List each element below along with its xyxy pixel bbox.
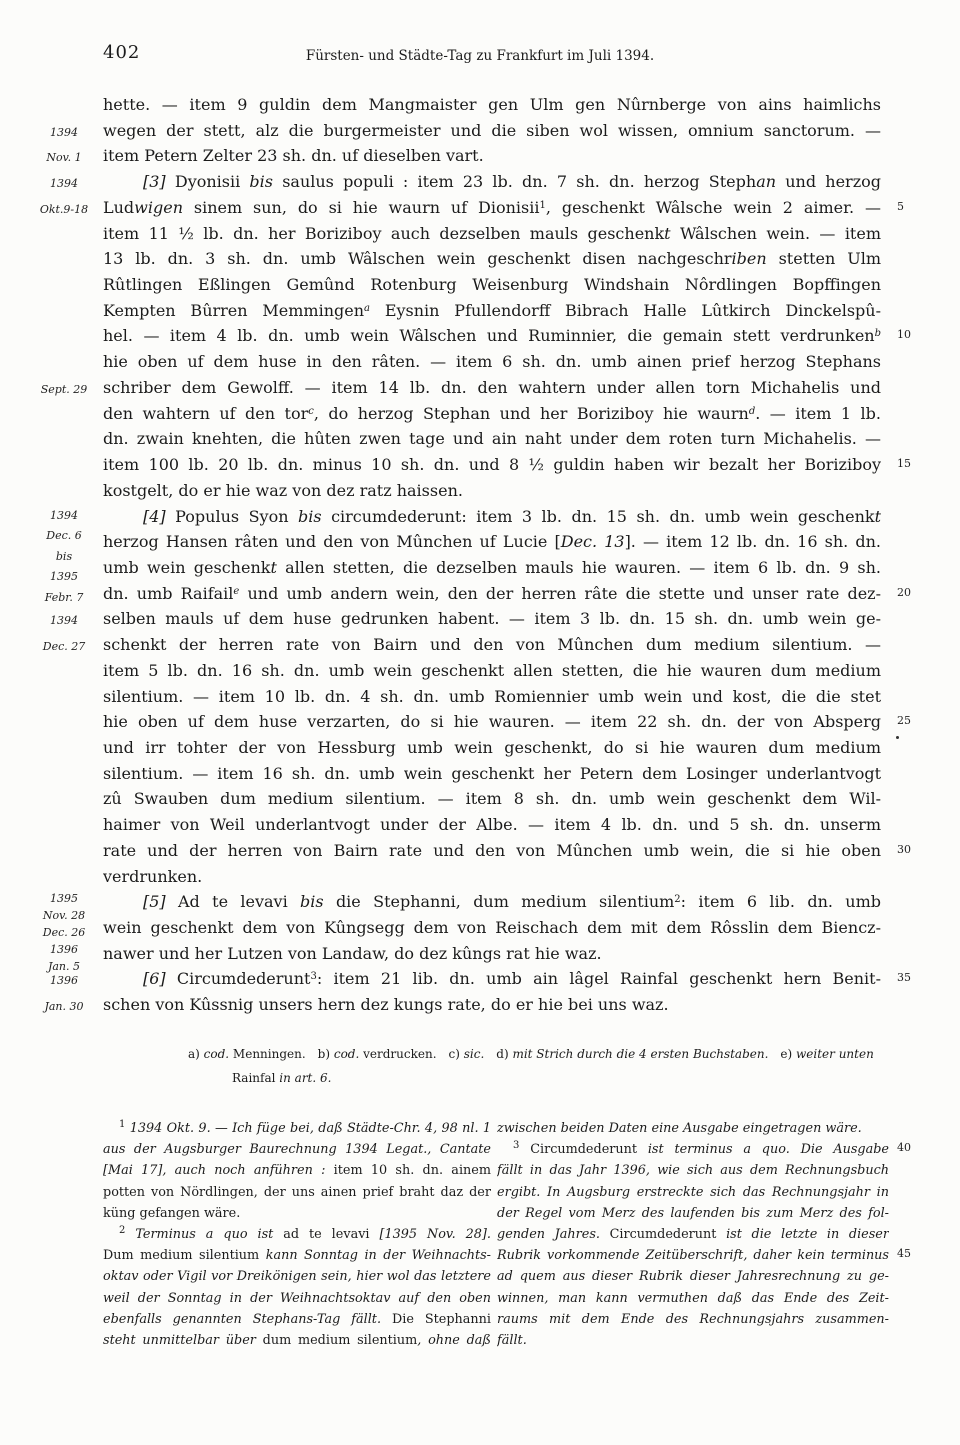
body-line-run: zû Swauben dum medium silentium. — item … — [103, 789, 881, 808]
body-line-run: rate und der herren von Bairn rate und d… — [103, 841, 881, 860]
body-line-run: iben — [732, 249, 767, 268]
body-line-run: Dec. 13 — [561, 532, 625, 551]
body-line-run: und umb andern wein, den der herren râte… — [239, 584, 881, 603]
body-line: hette. — item 9 guldin dem Mangmaister g… — [103, 92, 881, 118]
body-line-run: bis — [300, 892, 324, 911]
body-line: kostgelt, do er hie waz von dez ratz hai… — [103, 478, 881, 504]
apparatus-line-run: Rainfal — [232, 1071, 279, 1085]
margin-date-line: Okt.9-18 — [28, 197, 100, 223]
margin-date: 1394Okt.9-18 — [28, 171, 100, 222]
footnote-line: küng gefangen wäre. — [103, 1203, 491, 1224]
line-number: 15 — [897, 457, 927, 470]
body-line-run: : item 21 lib. dn. umb ain lâgel Rainfal… — [317, 969, 881, 988]
body-line: hel. — item 4 lb. dn. umb wein Wâlschen … — [103, 323, 881, 349]
footnote-column-right: zwischen beiden Daten eine Ausgabe einge… — [497, 1118, 889, 1351]
body-line-run: und irr tohter der von Hessburg umb wein… — [103, 738, 881, 757]
body-line: Kempten Bûrren Memmingena Eysnin Pfullen… — [103, 298, 881, 324]
margin-date-line: Nov. 28 — [28, 908, 100, 925]
margin-date-line: 1394 — [28, 120, 100, 146]
footnote-line-run: ebenfalls genannten Stephans-Tag fällt. — [103, 1312, 381, 1327]
margin-date-line: Sept. 29 — [28, 377, 100, 403]
apparatus-line-run: cod. — [334, 1047, 359, 1061]
body-line: 13 lb. dn. 3 sh. dn. umb Wâlschen wein g… — [103, 246, 881, 272]
body-line-run: Lud — [103, 198, 134, 217]
footnote-line-run: aus der Augsburger Baurechnung 1394 Lega… — [103, 1142, 491, 1157]
footnote-line-run: Rubrik vorkommende Zeitüberschrift, dahe… — [497, 1248, 889, 1263]
body-line: nawer und her Lutzen von Landaw, do dez … — [103, 941, 881, 967]
body-line-run: bis — [249, 172, 273, 191]
margin-date-line: 1396 — [28, 942, 100, 959]
footnote-line: fällt. — [497, 1330, 889, 1351]
body-line: rate und der herren von Bairn rate und d… — [103, 838, 881, 864]
body-line-run: Ad te levavi — [166, 892, 300, 911]
body-line-run: item Petern Zelter 23 sh. dn. uf dieselb… — [103, 146, 484, 165]
margin-date-line: 1394 — [28, 171, 100, 197]
body-line-run: umb wein geschenk — [103, 558, 270, 577]
body-line-run: . — item 1 lb. — [755, 404, 881, 423]
body-line: silentium. — item 16 sh. dn. umb wein ge… — [103, 761, 881, 787]
footnote-line-run: dum medium silentium — [263, 1333, 418, 1348]
line-number: 10 — [897, 328, 927, 341]
apparatus-line: a) cod. Menningen. b) cod. verdrucken. c… — [188, 1042, 888, 1066]
body-line-run: stetten Ulm — [767, 249, 881, 268]
body-line-run: ]. — item 12 lb. dn. 16 sh. dn. — [625, 532, 881, 551]
footnote-line: potten von Nördlingen, der uns ainen pri… — [103, 1182, 491, 1203]
footnote-line-run: , ohne daß — [417, 1333, 491, 1348]
body-line-run: hie oben uf dem huse verzarten, do si hi… — [103, 712, 881, 731]
footnote-line-run: ist die letzte in dieser — [716, 1227, 889, 1242]
body-line-run: [4] — [143, 507, 166, 526]
body-line-run: verdrunken. — [103, 867, 202, 886]
footnote-line-run: Circumdederunt — [519, 1142, 647, 1157]
ink-speck — [896, 736, 899, 739]
footnote-line: 3 Circumdederunt ist terminus a quo. Die… — [497, 1139, 889, 1160]
margin-date-line: 1395 — [28, 567, 100, 588]
body-line-run: hie oben uf dem huse in den râten. — ite… — [103, 352, 881, 371]
body-line: item 5 lb. dn. 16 sh. dn. umb wein gesch… — [103, 658, 881, 684]
body-line: [6] Circumdederunt3: item 21 lib. dn. um… — [103, 966, 881, 992]
footnote-line-run: steht unmittelbar über — [103, 1333, 263, 1348]
footnote-line: aus der Augsburger Baurechnung 1394 Lega… — [103, 1139, 491, 1160]
body-line: zû Swauben dum medium silentium. — item … — [103, 786, 881, 812]
footnote-line-run: 1394 Okt. 9. — Ich füge bei, daß Städte-… — [125, 1121, 491, 1136]
body-line-run: Dyonisii — [166, 172, 250, 191]
body-line-run: bis — [298, 507, 322, 526]
footnote-line: ergibt. In Augsburg erstreckte sich das … — [497, 1182, 889, 1203]
body-line-run: wein geschenkt dem von Kûngsegg dem von … — [103, 918, 881, 937]
footnote-line-run: fällt. — [497, 1333, 527, 1348]
body-line-run: schenkt der herren rate von Bairn und de… — [103, 635, 881, 654]
body-line-run: item 5 lb. dn. 16 sh. dn. umb wein gesch… — [103, 661, 881, 680]
margin-date: 1396Jan. 30 — [28, 968, 100, 1019]
body-line: [3] Dyonisii bis saulus populi : item 23… — [103, 169, 881, 195]
body-line-run: Rûtlingen Eßlingen Gemûnd Rotenburg Weis… — [103, 275, 881, 294]
apparatus-line-run: in art. 6. — [279, 1071, 331, 1085]
body-line-run: Populus Syon — [166, 507, 298, 526]
footnote-line-run: genden Jahres. — [497, 1227, 610, 1242]
apparatus-line-run: a) — [188, 1047, 204, 1061]
margin-date-line: Dec. 27 — [28, 634, 100, 660]
body-line-run: selben mauls uf dem huse gedrunken haben… — [103, 609, 881, 628]
margin-date-line: 1394 — [28, 506, 100, 527]
footnote-column-left: 1 1394 Okt. 9. — Ich füge bei, daß Städt… — [103, 1118, 491, 1351]
footnote-line: 2 Terminus a quo ist ad te levavi [1395 … — [103, 1224, 491, 1245]
footnote-line: fällt in das Jahr 1396, wie sich aus dem… — [497, 1160, 889, 1181]
line-number: 20 — [897, 586, 927, 599]
footnote-line: 1 1394 Okt. 9. — Ich füge bei, daß Städt… — [103, 1118, 491, 1139]
footnote-line-run: ergibt. In Augsburg erstreckte sich das … — [497, 1185, 889, 1200]
footnote-line: ad quem aus dieser Rubrik dieser Jahresr… — [497, 1266, 889, 1287]
body-line: schenkt der herren rate von Bairn und de… — [103, 632, 881, 658]
line-number: 35 — [897, 971, 927, 984]
body-line: [4] Populus Syon bis circumdederunt: ite… — [103, 504, 881, 530]
body-line-run: Circumdederunt — [166, 969, 311, 988]
body-line: item 100 lb. 20 lb. dn. minus 10 sh. dn.… — [103, 452, 881, 478]
body-line-run: Wâlschen wein. — item — [671, 224, 881, 243]
body-line: schriber dem Gewolff. — item 14 lb. dn. … — [103, 375, 881, 401]
footnote-line: winnen, man kann vermuthen daß das Ende … — [497, 1288, 889, 1309]
line-number: 25 — [897, 714, 927, 727]
footnote-line: steht unmittelbar über dum medium silent… — [103, 1330, 491, 1351]
margin-date: 1394Dec. 6bis1395Febr. 7 — [28, 506, 100, 609]
body-line-run: 13 lb. dn. 3 sh. dn. umb Wâlschen wein g… — [103, 249, 732, 268]
line-number: 40 — [897, 1141, 927, 1154]
footnote-line: oktav oder Vigil vor Dreikönigen sein, h… — [103, 1266, 491, 1287]
footnote-line-run: zwischen beiden Daten eine Ausgabe einge… — [497, 1121, 862, 1136]
body-line: hie oben uf dem huse in den râten. — ite… — [103, 349, 881, 375]
footnote-line-run: ad te levavi — [283, 1227, 369, 1242]
footnote-line: [Mai 17], auch noch anführen : item 10 s… — [103, 1160, 491, 1181]
body-line-run: [5] — [143, 892, 166, 911]
body-line: item 11 ½ lb. dn. her Boriziboy auch dez… — [103, 221, 881, 247]
apparatus-line-run: cod. — [204, 1047, 229, 1061]
body-line-run: kostgelt, do er hie waz von dez ratz hai… — [103, 481, 463, 500]
footnote-line: der Regel vom Merz des laufenden bis zum… — [497, 1203, 889, 1224]
footnote-line: zwischen beiden Daten eine Ausgabe einge… — [497, 1118, 889, 1139]
running-title: Fürsten- und Städte-Tag zu Frankfurt im … — [120, 48, 840, 64]
main-text-block: hette. — item 9 guldin dem Mangmaister g… — [103, 92, 881, 1018]
body-line-run: an — [756, 172, 776, 191]
margin-date-line: 1396 — [28, 968, 100, 994]
footnote-line: Dum medium silentium kann Sonntag in der… — [103, 1245, 491, 1266]
body-line: schen von Kûssnig unsers hern dez kungs … — [103, 992, 881, 1018]
footnote-line-run: Circumdederunt — [610, 1227, 717, 1242]
body-line: den wahtern uf den torc, do herzog Steph… — [103, 401, 881, 427]
margin-date-line: bis — [28, 547, 100, 568]
apparatus-line: Rainfal in art. 6. — [188, 1066, 888, 1090]
footnote-line-run: winnen, man kann vermuthen daß das Ende … — [497, 1291, 889, 1306]
body-line-run: schen von Kûssnig unsers hern dez kungs … — [103, 995, 669, 1014]
body-line-run: item 100 lb. 20 lb. dn. minus 10 sh. dn.… — [103, 455, 881, 474]
body-line-run: [6] — [143, 969, 166, 988]
body-line-run: t — [875, 507, 881, 526]
body-line-run: hel. — item 4 lb. dn. umb wein Wâlschen … — [103, 326, 875, 345]
footnote-line-run: [1395 Nov. 28]. — [370, 1227, 491, 1242]
body-line: verdrunken. — [103, 864, 881, 890]
footnote-line-run: küng gefangen wäre. — [103, 1206, 240, 1221]
body-line-run: den wahtern uf den tor — [103, 404, 308, 423]
body-line-run: item 11 ½ lb. dn. her Boriziboy auch dez… — [103, 224, 664, 243]
apparatus-line-run: mit Strich durch die 4 ersten Buchstaben… — [512, 1047, 768, 1061]
margin-date-line: Dec. 6 — [28, 526, 100, 547]
footnote-line-run: kann Sonntag in der Weihnachts- — [266, 1248, 491, 1263]
body-line-run: haimer von Weil underlantvogt under der … — [103, 815, 881, 834]
footnote-line: weil der Sonntag in der Weihnachtsoktav … — [103, 1288, 491, 1309]
body-line-run: und herzog — [776, 172, 881, 191]
body-line: wein geschenkt dem von Kûngsegg dem von … — [103, 915, 881, 941]
footnote-line-run: Die Stephanni — [381, 1312, 491, 1327]
body-line: dn. zwain knehten, die hûten zwen tage u… — [103, 426, 881, 452]
margin-date-line: Febr. 7 — [28, 588, 100, 609]
body-line-run: [3] — [143, 172, 166, 191]
body-line-run: , geschenkt Wâlsche wein 2 aimer. — — [546, 198, 881, 217]
footnote-line: raums mit dem Ende des Rechnungsjahrs zu… — [497, 1309, 889, 1330]
body-line: umb wein geschenkt allen stetten, die de… — [103, 555, 881, 581]
line-number: 30 — [897, 843, 927, 856]
body-line: wegen der stett, alz die burgermeister u… — [103, 118, 881, 144]
apparatus-line-run: verdrucken. c) — [359, 1047, 463, 1061]
line-number: 5 — [897, 200, 927, 213]
footnote-line-run: item 10 sh. dn. ainem — [325, 1163, 491, 1178]
apparatus-line-run: Menningen. b) — [229, 1047, 334, 1061]
footnote-line-run: der Regel vom Merz des laufenden bis zum… — [497, 1206, 889, 1221]
footnote-line-run: fällt in das Jahr 1396, wie sich aus dem… — [497, 1163, 889, 1178]
footnote-line: genden Jahres. Circumdederunt ist die le… — [497, 1224, 889, 1245]
body-line-run: schriber dem Gewolff. — item 14 lb. dn. … — [103, 378, 881, 397]
footnote-line-run: ist terminus a quo. Die Ausgabe — [648, 1142, 889, 1157]
apparatus-line-run: d) — [484, 1047, 512, 1061]
body-line-run: , do herzog Stephan und her Boriziboy hi… — [314, 404, 749, 423]
body-line-run: dn. zwain knehten, die hûten zwen tage u… — [103, 429, 881, 448]
footnote-line-run: [Mai 17], auch noch anführen : — [103, 1163, 325, 1178]
margin-date-line: Jan. 30 — [28, 994, 100, 1020]
body-line-run: circumdederunt: item 3 lb. dn. 15 sh. dn… — [322, 507, 875, 526]
footnote-line-run: Terminus a quo ist — [125, 1227, 283, 1242]
margin-date: 1394Nov. 1 — [28, 120, 100, 171]
margin-date-line: Nov. 1 — [28, 145, 100, 171]
body-line-run: hette. — item 9 guldin dem Mangmaister g… — [103, 95, 881, 114]
scanned-book-page: 402 Fürsten- und Städte-Tag zu Frankfurt… — [0, 0, 960, 1445]
body-line-run: sinem sun, do si hie waurn uf Dionisii — [183, 198, 539, 217]
body-line: haimer von Weil underlantvogt under der … — [103, 812, 881, 838]
line-number: 45 — [897, 1247, 927, 1260]
margin-date: Sept. 29 — [28, 377, 100, 403]
body-line: [5] Ad te levavi bis die Stephanni, dum … — [103, 889, 881, 915]
margin-date: 1395Nov. 28Dec. 261396Jan. 5 — [28, 891, 100, 976]
apparatus-line-run: sic. — [464, 1047, 485, 1061]
margin-date-line: 1394 — [28, 608, 100, 634]
footnote-marker: b — [875, 328, 881, 339]
apparatus-line-run: e) — [768, 1047, 796, 1061]
footnote-line: Rubrik vorkommende Zeitüberschrift, dahe… — [497, 1245, 889, 1266]
body-line-run: dn. umb Raifail — [103, 584, 233, 603]
body-line-run: nawer und her Lutzen von Landaw, do dez … — [103, 944, 602, 963]
body-line: und irr tohter der von Hessburg umb wein… — [103, 735, 881, 761]
footnote-line-run: raums mit dem Ende des Rechnungsjahrs zu… — [497, 1312, 889, 1327]
body-line: dn. umb Raifaile und umb andern wein, de… — [103, 581, 881, 607]
apparatus-line-run: weiter unten — [796, 1047, 874, 1061]
body-line-run: Kempten Bûrren Memmingen — [103, 301, 364, 320]
body-line: Ludwigen sinem sun, do si hie waurn uf D… — [103, 195, 881, 221]
footnote-line-run: weil der Sonntag in der Weihnachtsoktav … — [103, 1291, 491, 1306]
margin-date-line: Dec. 26 — [28, 925, 100, 942]
critical-apparatus: a) cod. Menningen. b) cod. verdrucken. c… — [188, 1042, 888, 1090]
margin-date-line: 1395 — [28, 891, 100, 908]
body-line-run: : item 6 lib. dn. umb — [681, 892, 881, 911]
body-line-run: silentium. — item 10 lb. dn. 4 sh. dn. u… — [103, 687, 881, 706]
body-line-run: die Stephanni, dum medium silentium — [324, 892, 675, 911]
body-line-run: wegen der stett, alz die burgermeister u… — [103, 121, 881, 140]
body-line-run: saulus populi : item 23 lb. dn. 7 sh. dn… — [273, 172, 756, 191]
body-line: Rûtlingen Eßlingen Gemûnd Rotenburg Weis… — [103, 272, 881, 298]
footnote-line-run: potten von Nördlingen, der uns ainen pri… — [103, 1185, 491, 1200]
footnote-line-run: oktav oder Vigil vor Dreikönigen sein, h… — [103, 1269, 491, 1284]
body-line: item Petern Zelter 23 sh. dn. uf dieselb… — [103, 143, 881, 169]
body-line: selben mauls uf dem huse gedrunken haben… — [103, 606, 881, 632]
body-line: herzog Hansen râten und den von Mûnchen … — [103, 529, 881, 555]
body-line: hie oben uf dem huse verzarten, do si hi… — [103, 709, 881, 735]
body-line-run: Eysnin Pfullendorff Bibrach Halle Lûtkir… — [370, 301, 881, 320]
footnote-line-run: Dum medium silentium — [103, 1248, 266, 1263]
body-line-run: herzog Hansen râten und den von Mûnchen … — [103, 532, 561, 551]
body-line: silentium. — item 10 lb. dn. 4 sh. dn. u… — [103, 684, 881, 710]
footnote-line-run: ad quem aus dieser Rubrik dieser Jahresr… — [497, 1269, 889, 1284]
body-line-run: silentium. — item 16 sh. dn. umb wein ge… — [103, 764, 881, 783]
body-line-run: allen stetten, die dezselben mauls hie w… — [277, 558, 881, 577]
margin-date: 1394Dec. 27 — [28, 608, 100, 659]
body-line-run: wigen — [134, 198, 183, 217]
footnote-line: ebenfalls genannten Stephans-Tag fällt. … — [103, 1309, 491, 1330]
